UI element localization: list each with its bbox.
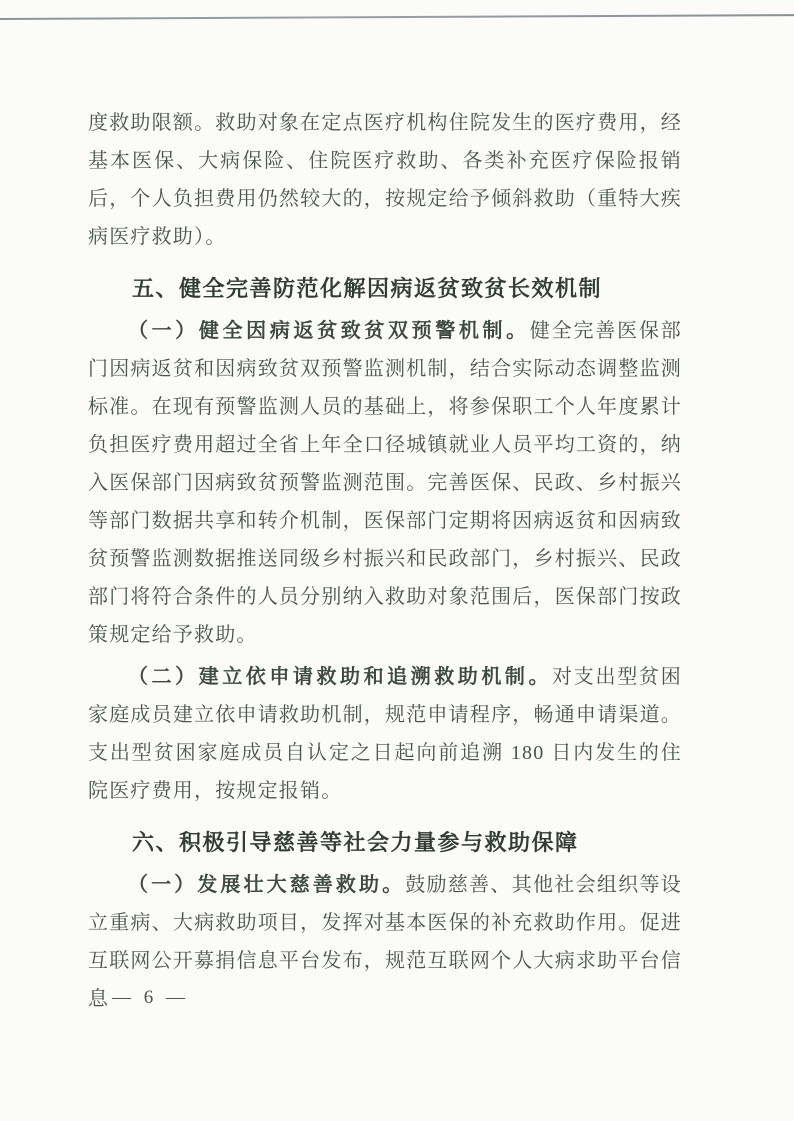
page-footer: — 6 —	[112, 987, 189, 1009]
continuation-paragraph: 度救助限额。救助对象在定点医疗机构住院发生的医疗费用，经基本医保、大病保险、住院…	[88, 104, 682, 256]
scan-artifact-line	[0, 14, 794, 20]
paragraph-lead: （一）健全因病返贫致贫双预警机制。	[128, 320, 530, 342]
document-page: 度救助限额。救助对象在定点医疗机构住院发生的医疗费用，经基本医保、大病保险、住院…	[0, 0, 794, 1121]
paragraph-lead: （一）发展壮大慈善救助。	[128, 874, 405, 896]
page-content: 度救助限额。救助对象在定点医疗机构住院发生的医疗费用，经基本医保、大病保险、住院…	[88, 104, 682, 1018]
section-heading-six: 六、积极引导慈善等社会力量参与救助保障	[88, 824, 682, 862]
paragraph-item-2: （二）建立依申请救助和追溯救助机制。对支出型贫困家庭成员建立依申请救助机制，规范…	[88, 658, 682, 810]
page-number: — 6 —	[112, 987, 189, 1008]
paragraph-text: 健全完善医保部门因病返贫和因病致贫双预警监测机制，结合实际动态调整监测标准。在现…	[88, 320, 682, 646]
paragraph-lead: （二）建立依申请救助和追溯救助机制。	[128, 666, 552, 688]
section-heading-five: 五、健全完善防范化解因病返贫致贫长效机制	[88, 270, 682, 308]
paragraph-item-1: （一）健全因病返贫致贫双预警机制。健全完善医保部门因病返贫和因病致贫双预警监测机…	[88, 312, 682, 654]
